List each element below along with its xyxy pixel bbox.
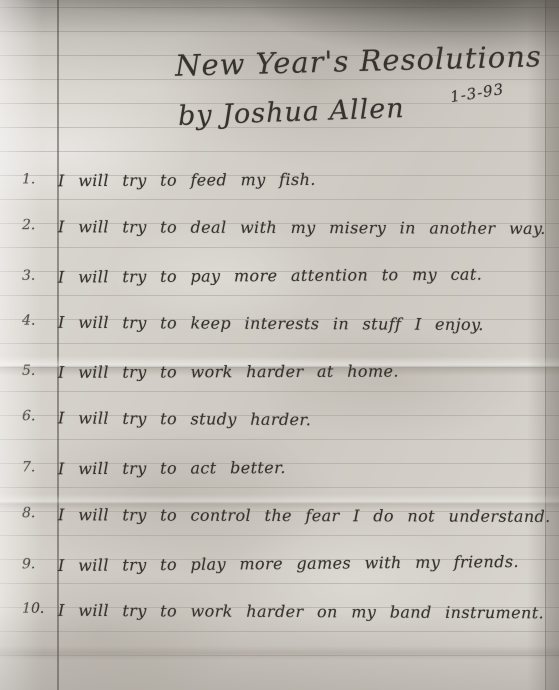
photo-shadow-right <box>519 0 559 690</box>
resolution-item: 4.I will try to keep interests in stuff … <box>22 313 555 352</box>
item-text: I will try to deal with my misery in ano… <box>58 217 546 238</box>
photo-shadow-bottom <box>0 610 559 690</box>
photo-shadow-top <box>0 0 559 170</box>
item-text: I will try to control the fear I do not … <box>58 505 551 526</box>
item-text: I will try to act better. <box>58 458 286 478</box>
handwritten-note-photo: New Year's Resolutions 1-3-93 by Joshua … <box>0 0 559 690</box>
resolution-item: 6.I will try to study harder. <box>22 408 555 448</box>
item-text: I will try to play more games with my fr… <box>58 552 519 575</box>
resolution-item: 8.I will try to control the fear I do no… <box>22 505 555 543</box>
item-text: I will try to study harder. <box>58 408 311 429</box>
item-text: I will try to keep interests in stuff I … <box>58 313 484 334</box>
resolution-item: 1.I will try to feed my fish. <box>22 169 555 208</box>
item-text: I will try to pay more attention to my c… <box>58 265 482 287</box>
item-text: I will try to feed my fish. <box>58 170 316 190</box>
resolution-item: 5.I will try to work harder at home. <box>22 361 555 399</box>
resolution-item: 3.I will try to pay more attention to my… <box>22 264 555 304</box>
resolution-item: 2.I will try to deal with my misery in a… <box>22 217 555 255</box>
resolution-item: 7.I will try to act better. <box>22 457 555 496</box>
resolution-item: 9.I will try to play more games with my … <box>22 552 555 593</box>
photo-highlight-left <box>0 0 60 690</box>
item-text: I will try to work harder at home. <box>58 362 399 382</box>
